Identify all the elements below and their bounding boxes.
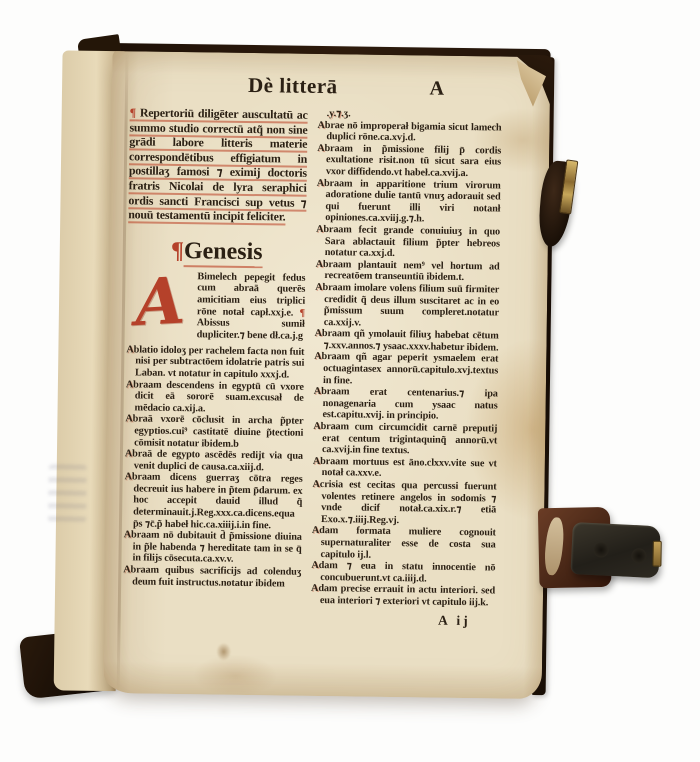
running-header: Dè litterā A [130,71,502,103]
running-header-title: Dè litterā [248,73,338,99]
running-header-letter: A [429,78,444,101]
index-entry: Abraam plantauit nem⁹ vel hortum ad recr… [315,259,499,285]
ink-stain [216,643,231,661]
photo-of-incunable-book: Dè litterā A ¶ Repertoriū diligēter ausc… [0,0,700,762]
opening-entry-text-b: Abissus sumił dupliciter.⁊ bene dł.ca.j.… [197,317,305,341]
index-entry: Abraam mortuus est āno.clxxv.vite sue vt… [313,456,497,482]
index-entry: Abraam in p̃missione filij p̄ cordis exu… [317,143,501,180]
lower-clasp-plate [570,522,660,578]
rubricated-initial: A [125,271,195,347]
opening-entry: A Bimelech pepegit fedus cum abraā querē… [127,270,306,342]
index-entry: Adam formata muliere cognouit supernatur… [311,525,495,562]
index-entry: Ablatio idoloʒ per rachelem facta non fu… [126,344,304,381]
capitulum-mark: ¶ [171,238,184,264]
two-column-layout: ¶ Repertoriū diligēter auscultatū ac sum… [123,105,502,629]
index-entry: Abraā vxorē cōclusit in archa p̃pter egy… [125,414,303,451]
index-entry: Abraam nō dubitauit d̄ p̃missione diuina… [123,530,301,567]
capitulum-mark: ¶ [130,105,136,119]
index-entry: Acrisia est cecitas qua percussi fuerunt… [312,479,497,528]
index-entry: Abraam quibus sacrificijs ad colenduʒ de… [123,564,301,590]
index-entry: Abrae nō improperał bigamia sicut lamech… [317,120,501,146]
right-column: .y.⁊.ʒ. Abrae nō improperał bigamia sicu… [311,108,502,629]
index-entry: Abraam cum circumcidit carnē preputij er… [313,421,497,458]
opening-entry-text-a: Bimelech pepegit fedus cum abraā querēs … [197,271,306,318]
upper-clasp [537,152,587,251]
index-entry: Abraā de egypto ascēdēs redijt via qua v… [125,448,303,474]
index-entry: Adam precise errauit in actu interiori. … [311,583,495,609]
index-entry: Abraam descendens in egyptū cū vxore dic… [126,379,304,416]
index-entry: Abraam in apparitione trium virorum ador… [316,177,501,226]
index-entry: Abraam fecit grande conuiuiuʒ in quo Sar… [316,224,500,261]
index-entry: Adam ⁊ eua in statu innocentie nō concub… [311,560,495,586]
index-entry: Abraam qñ ymolauit filiuʒ habebat cētum … [314,328,498,354]
show-through-marks [48,464,87,523]
book: Dè litterā A ¶ Repertoriū diligēter ausc… [0,0,700,762]
quire-signature: A ij [311,610,471,628]
incipit-text: Repertoriū diligēter auscultatū ac summo… [128,105,308,223]
index-entry: Abraam imolare volens filium suū firmite… [315,282,500,331]
index-entry: Abraam dicens guerraʒ cōtra reges decreu… [124,472,303,532]
lower-clasp-brass-fitting [652,541,661,567]
lower-clasp [538,501,663,593]
incipit-paragraph: ¶ Repertoriū diligēter auscultatū ac sum… [128,105,308,224]
capitulum-mark: ¶ [299,307,305,318]
section-heading-title: Genesis [184,238,263,268]
left-index-entries: Ablatio idoloʒ per rachelem facta non fu… [123,344,304,590]
printed-page: Dè litterā A ¶ Repertoriū diligēter ausc… [104,51,551,699]
index-entry: Abraam qñ agar peperit ysmaelem erat oct… [314,351,498,388]
section-heading: ¶Genesis [128,237,306,266]
left-column: ¶ Repertoriū diligēter auscultatū ac sum… [123,105,308,626]
text-block: Dè litterā A ¶ Repertoriū diligēter ausc… [123,71,503,629]
index-entry: Abraam erat centenarius.⁊ ipa nonagenari… [313,386,497,423]
